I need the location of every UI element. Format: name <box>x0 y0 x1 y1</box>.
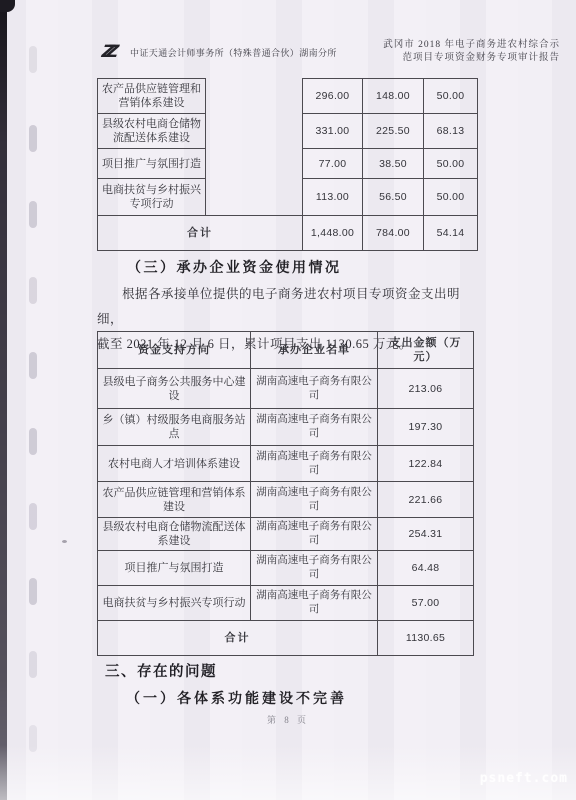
scan-speck-artifact <box>62 540 67 543</box>
table-header-row: 资金支持方向 承办企业名单 支出金额（万元） <box>98 332 474 369</box>
table-total-row: 合计 1130.65 <box>98 621 474 656</box>
binding-mark <box>29 428 37 455</box>
binding-mark <box>29 352 37 379</box>
table-row: 项目推广与氛围打造 湖南高速电子商务有限公司 64.48 <box>98 551 474 586</box>
funds-summary-table: 农产品供应链管理和营销体系建设 296.00 148.00 50.00 县级农村… <box>97 78 478 251</box>
cell-value: 77.00 <box>303 149 363 179</box>
cell-company: 湖南高速电子商务有限公司 <box>251 586 378 621</box>
report-title-line2: 范项目专项资金财务专项审计报告 <box>345 52 560 65</box>
cell-label: 项目推广与氛围打造 <box>98 149 206 179</box>
cell-total-label: 合计 <box>98 216 303 251</box>
table-row: 县级农村电商仓储物流配送体系建设 湖南高速电子商务有限公司 254.31 <box>98 518 474 551</box>
table-row: 乡（镇）村级服务电商服务站点 湖南高速电子商务有限公司 197.30 <box>98 409 474 446</box>
cell-direction: 项目推广与氛围打造 <box>98 551 251 586</box>
cell-amount: 57.00 <box>378 586 474 621</box>
cell-value: 54.14 <box>424 216 478 251</box>
cell-amount: 213.06 <box>378 369 474 409</box>
cell-company: 湖南高速电子商务有限公司 <box>251 446 378 482</box>
cell-direction: 乡（镇）村级服务电商服务站点 <box>98 409 251 446</box>
cell-amount: 64.48 <box>378 551 474 586</box>
cell-value: 56.50 <box>363 179 424 216</box>
cell-value: 1,448.00 <box>303 216 363 251</box>
cell-amount: 254.31 <box>378 518 474 551</box>
cell-label: 电商扶贫与乡村振兴专项行动 <box>98 179 206 216</box>
cell-company: 湖南高速电子商务有限公司 <box>251 518 378 551</box>
report-title-line1: 武冈市 2018 年电子商务进农村综合示 <box>345 39 560 52</box>
table-row: 电商扶贫与乡村振兴专项行动 113.00 56.50 50.00 <box>98 179 478 216</box>
cell-company: 湖南高速电子商务有限公司 <box>251 369 378 409</box>
scan-edge-artifact <box>0 0 7 800</box>
column-header: 支出金额（万元） <box>378 332 474 369</box>
cell-amount: 221.66 <box>378 482 474 518</box>
cell-value: 296.00 <box>303 79 363 114</box>
scanned-report-page: ZZ 中证天通会计师事务所（特殊普通合伙）湖南分所 武冈市 2018 年电子商务… <box>0 0 576 800</box>
cell-value: 784.00 <box>363 216 424 251</box>
cell-amount: 122.84 <box>378 446 474 482</box>
cell-direction: 农产品供应链管理和营销体系建设 <box>98 482 251 518</box>
binding-mark <box>29 277 37 304</box>
cell-faded <box>206 79 303 114</box>
expenditure-table: 资金支持方向 承办企业名单 支出金额（万元） 县级电子商务公共服务中心建设 湖南… <box>97 331 474 656</box>
cell-value: 331.00 <box>303 114 363 149</box>
binding-mark <box>29 46 37 73</box>
binding-mark <box>29 651 37 678</box>
cell-faded <box>206 179 303 216</box>
cell-value: 113.00 <box>303 179 363 216</box>
binding-mark <box>29 503 37 530</box>
table-row: 农村电商人才培训体系建设 湖南高速电子商务有限公司 122.84 <box>98 446 474 482</box>
firm-name: 中证天通会计师事务所（特殊普通合伙）湖南分所 <box>130 46 337 59</box>
paragraph-line: 根据各承接单位提供的电子商务进农村项目专项资金支出明细， <box>97 282 481 332</box>
firm-logo-icon: ZZ <box>101 42 130 62</box>
scan-corner-artifact <box>0 0 15 12</box>
cell-label: 县级农村电商仓储物流配送体系建设 <box>98 114 206 149</box>
binding-mark <box>29 725 37 752</box>
cell-value: 38.50 <box>363 149 424 179</box>
cell-value: 68.13 <box>424 114 478 149</box>
column-header: 承办企业名单 <box>251 332 378 369</box>
subsection-heading: （一）各体系功能建设不完善 <box>126 688 347 708</box>
page-number: 第 8 页 <box>0 713 576 726</box>
cell-direction: 县级农村电商仓储物流配送体系建设 <box>98 518 251 551</box>
binding-mark <box>29 125 37 152</box>
cell-label: 农产品供应链管理和营销体系建设 <box>98 79 206 114</box>
column-header: 资金支持方向 <box>98 332 251 369</box>
cell-faded <box>206 114 303 149</box>
section-heading: （三）承办企业资金使用情况 <box>127 257 342 277</box>
cell-direction: 县级电子商务公共服务中心建设 <box>98 369 251 409</box>
binding-mark <box>29 201 37 228</box>
chapter-heading: 三、存在的问题 <box>105 660 217 681</box>
cell-value: 225.50 <box>363 114 424 149</box>
cell-amount: 1130.65 <box>378 621 474 656</box>
report-title: 武冈市 2018 年电子商务进农村综合示 范项目专项资金财务专项审计报告 <box>345 39 560 65</box>
table-row: 电商扶贫与乡村振兴专项行动 湖南高速电子商务有限公司 57.00 <box>98 586 474 621</box>
table-total-row: 合计 1,448.00 784.00 54.14 <box>98 216 478 251</box>
cell-company: 湖南高速电子商务有限公司 <box>251 551 378 586</box>
cell-value: 50.00 <box>424 149 478 179</box>
binding-mark <box>29 578 37 605</box>
table-row: 县级农村电商仓储物流配送体系建设 331.00 225.50 68.13 <box>98 114 478 149</box>
table-row: 农产品供应链管理和营销体系建设 296.00 148.00 50.00 <box>98 79 478 114</box>
cell-company: 湖南高速电子商务有限公司 <box>251 482 378 518</box>
cell-direction: 农村电商人才培训体系建设 <box>98 446 251 482</box>
table-row: 县级电子商务公共服务中心建设 湖南高速电子商务有限公司 213.06 <box>98 369 474 409</box>
cell-direction: 电商扶贫与乡村振兴专项行动 <box>98 586 251 621</box>
table-row: 农产品供应链管理和营销体系建设 湖南高速电子商务有限公司 221.66 <box>98 482 474 518</box>
cell-value: 50.00 <box>424 79 478 114</box>
cell-company: 湖南高速电子商务有限公司 <box>251 409 378 446</box>
cell-total-label: 合计 <box>98 621 378 656</box>
watermark: psneft.com <box>480 771 568 786</box>
table-row: 项目推广与氛围打造 77.00 38.50 50.00 <box>98 149 478 179</box>
cell-faded <box>206 149 303 179</box>
cell-value: 148.00 <box>363 79 424 114</box>
cell-amount: 197.30 <box>378 409 474 446</box>
cell-value: 50.00 <box>424 179 478 216</box>
